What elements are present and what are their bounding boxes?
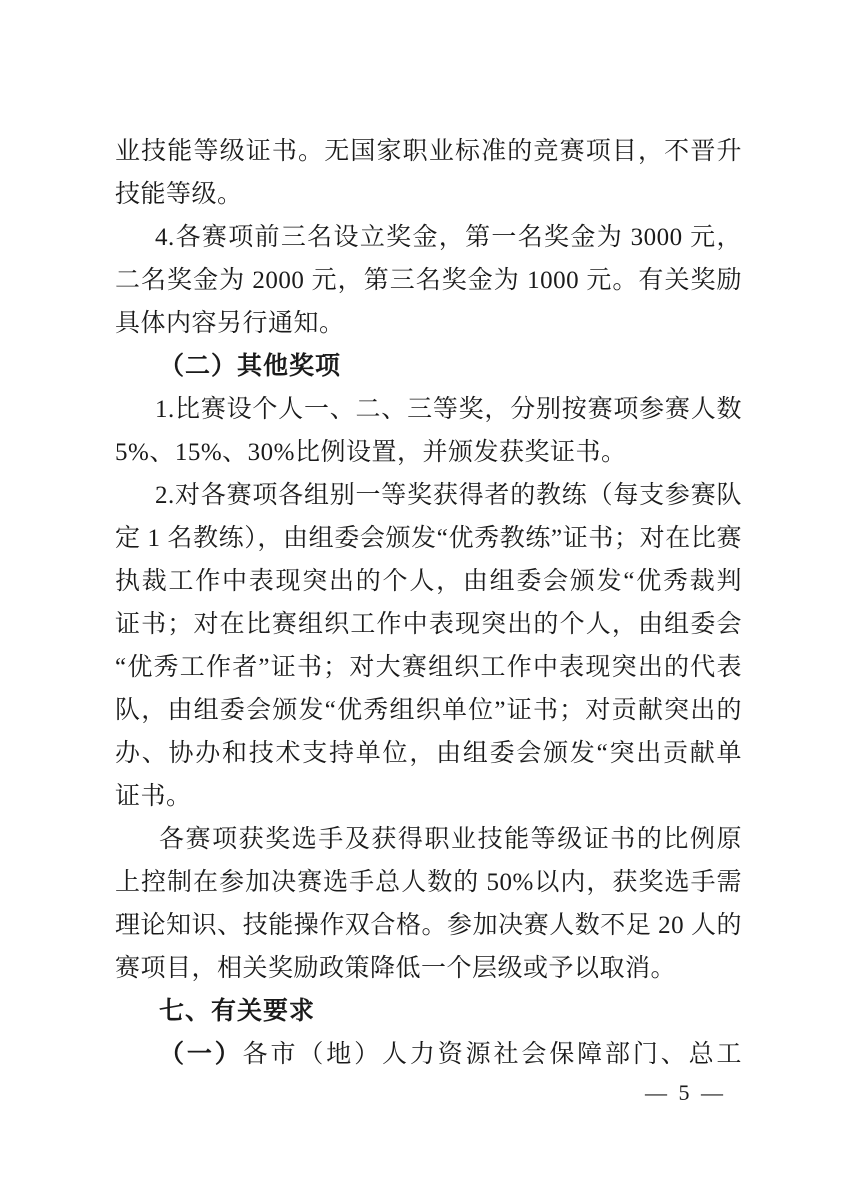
text-line: 4.各赛项前三名设立奖金，第一名奖金为 3000 元，第 <box>115 216 742 259</box>
section-heading-other-awards: （二）其他奖项 <box>115 345 742 388</box>
text-line: 证书。 <box>115 775 742 818</box>
text-line-continuation: 各市（地）人力资源社会保障部门、总工会、轻 <box>159 1041 742 1076</box>
page-number: — 5 — <box>645 1080 726 1106</box>
text-line: 执裁工作中表现突出的个人，由组委会颁发“优秀裁判员” <box>115 560 742 603</box>
document-body: 业技能等级证书。无国家职业标准的竞赛项目，不晋升职业 技能等级。 4.各赛项前三… <box>115 130 742 1076</box>
text-line: 2.对各赛项各组别一等奖获得者的教练（每支参赛队选 <box>115 474 742 517</box>
text-line: 具体内容另行通知。 <box>115 302 742 345</box>
text-line: （一）各市（地）人力资源社会保障部门、总工会、轻 <box>115 1033 742 1076</box>
text-line: 队，由组委会颁发“优秀组织单位”证书；对贡献突出的承 <box>115 689 742 732</box>
text-line: 赛项目，相关奖励政策降低一个层级或予以取消。 <box>115 947 742 990</box>
text-line: “优秀工作者”证书；对大赛组织工作中表现突出的代表 <box>115 646 742 689</box>
text-line: 5%、15%、30%比例设置，并颁发获奖证书。 <box>115 431 742 474</box>
text-line: 二名奖金为 2000 元，第三名奖金为 1000 元。有关奖励政策 <box>115 259 742 302</box>
list-marker-bold: （一） <box>159 1040 243 1068</box>
document-page: 业技能等级证书。无国家职业标准的竞赛项目，不晋升职业 技能等级。 4.各赛项前三… <box>0 0 848 1200</box>
text-line: 1.比赛设个人一、二、三等奖，分别按赛项参赛人数的 <box>115 388 742 431</box>
text-line: 定 1 名教练），由组委会颁发“优秀教练”证书；对在比赛 <box>115 517 742 560</box>
text-line: 各赛项获奖选手及获得职业技能等级证书的比例原则 <box>115 818 742 861</box>
text-line: 技能等级。 <box>115 173 742 216</box>
text-line: 业技能等级证书。无国家职业标准的竞赛项目，不晋升职业 <box>115 130 742 173</box>
text-line: 上控制在参加决赛选手总人数的 50%以内，获奖选手需达到 <box>115 861 742 904</box>
text-line: 证书；对在比赛组织工作中表现突出的个人，由组委会颁发 <box>115 603 742 646</box>
section-heading-requirements: 七、有关要求 <box>115 990 742 1033</box>
text-line: 理论知识、技能操作双合格。参加决赛人数不足 20 人的竞 <box>115 904 742 947</box>
text-line: 办、协办和技术支持单位，由组委会颁发“突出贡献单位” <box>115 732 742 775</box>
